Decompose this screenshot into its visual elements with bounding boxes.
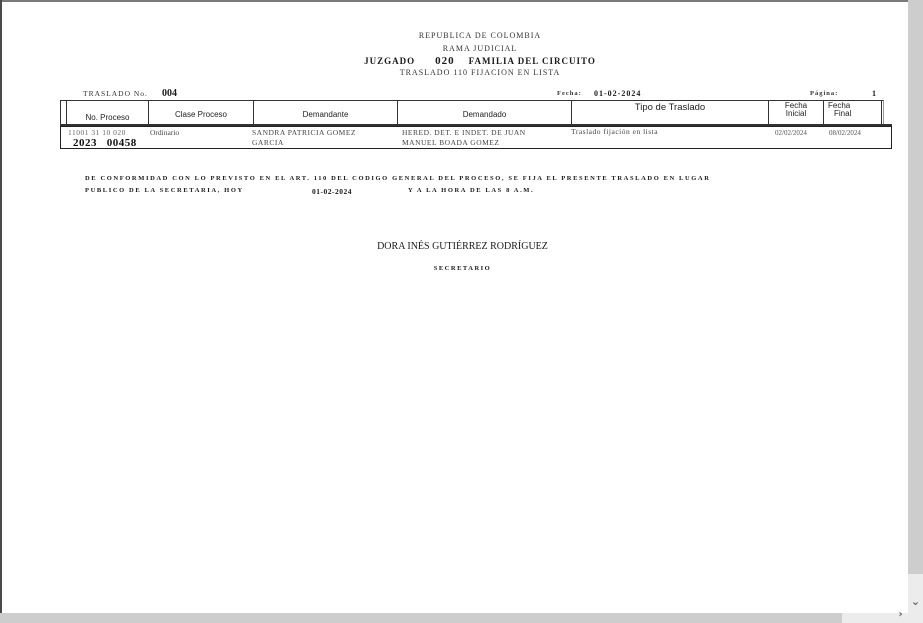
header-branch: RAMA JUDICIAL bbox=[330, 44, 630, 53]
header-court: JUZGADO020FAMILIA DEL CIRCUITO bbox=[330, 55, 630, 67]
traslado-label: TRASLADO No. bbox=[83, 89, 148, 98]
scroll-down-icon[interactable]: ⌄ bbox=[908, 594, 923, 610]
notice-line2: PUBLICO DE LA SECRETARIA, HOY 01-02-2024… bbox=[85, 187, 244, 194]
court-number: 020 bbox=[435, 55, 455, 67]
demandado-line1: HERED. DET. E INDET. DE JUAN bbox=[402, 128, 526, 138]
pagina-value: 1 bbox=[872, 89, 876, 98]
page-border-left bbox=[0, 0, 2, 613]
horizontal-scrollbar[interactable]: › bbox=[0, 613, 908, 623]
col-no-proceso: No. Proceso bbox=[67, 101, 149, 125]
court-label: JUZGADO bbox=[364, 56, 415, 66]
demandante-line2: GARCIA bbox=[252, 138, 284, 148]
table-header: No. Proceso Clase Proceso Demandante Dem… bbox=[60, 100, 884, 126]
notice-line2-text: PUBLICO DE LA SECRETARIA, HOY bbox=[85, 187, 244, 194]
vertical-scroll-thumb[interactable] bbox=[908, 0, 923, 574]
scrollbar-corner bbox=[908, 613, 923, 623]
vertical-scrollbar[interactable]: ⌄ bbox=[908, 0, 923, 613]
proceso-number: 2023 00458 bbox=[73, 138, 137, 148]
col-demandado: Demandado bbox=[398, 101, 572, 125]
notice-line1: DE CONFORMIDAD CON LO PREVISTO EN EL ART… bbox=[85, 175, 711, 182]
notice-hour: Y A LA HORA DE LAS 8 A.M. bbox=[408, 187, 534, 194]
demandado-line2: MANUEL BOADA GOMEZ bbox=[402, 138, 499, 148]
col-fecha-final-line1: Fecha bbox=[824, 102, 881, 110]
court-name: FAMILIA DEL CIRCUITO bbox=[469, 56, 596, 66]
col-tipo-traslado: Tipo de Traslado bbox=[572, 101, 769, 125]
col-fecha-inicial-line2: Inicial bbox=[769, 110, 823, 118]
tipo-traslado: Traslado fijación en lista bbox=[571, 127, 658, 137]
signature-name: DORA INÉS GUTIÉRREZ RODRÍGUEZ bbox=[330, 241, 595, 252]
col-fecha-final-line2: Final bbox=[824, 110, 881, 118]
col-clase-proceso: Clase Proceso bbox=[149, 101, 254, 125]
col-demandante: Demandante bbox=[254, 101, 398, 125]
table-row: 11001 31 10 020 2023 00458 Ordinario SAN… bbox=[60, 126, 892, 149]
horizontal-scroll-thumb[interactable] bbox=[0, 613, 842, 623]
notice-date: 01-02-2024 bbox=[312, 187, 352, 196]
fecha-value: 01-02-2024 bbox=[594, 89, 641, 98]
fecha-label: Fecha: bbox=[557, 90, 582, 97]
scroll-right-icon[interactable]: › bbox=[893, 609, 908, 623]
traslado-number: 004 bbox=[162, 88, 177, 99]
pagina-label: Página: bbox=[810, 90, 838, 97]
fecha-inicial: 02/02/2024 bbox=[775, 128, 807, 138]
signature-title: SECRETARIO bbox=[330, 265, 595, 272]
demandante-line1: SANDRA PATRICIA GOMEZ bbox=[252, 128, 356, 138]
header-subtitle: TRASLADO 110 FIJACION EN LISTA bbox=[330, 68, 630, 77]
col-fecha-inicial: Fecha Inicial bbox=[769, 101, 824, 125]
page-border-top bbox=[0, 0, 908, 2]
header-country: REPUBLICA DE COLOMBIA bbox=[330, 31, 630, 40]
col-fecha-final: Fecha Final bbox=[824, 101, 882, 125]
clase-proceso: Ordinario bbox=[150, 128, 179, 138]
fecha-final: 08/02/2024 bbox=[829, 128, 861, 138]
